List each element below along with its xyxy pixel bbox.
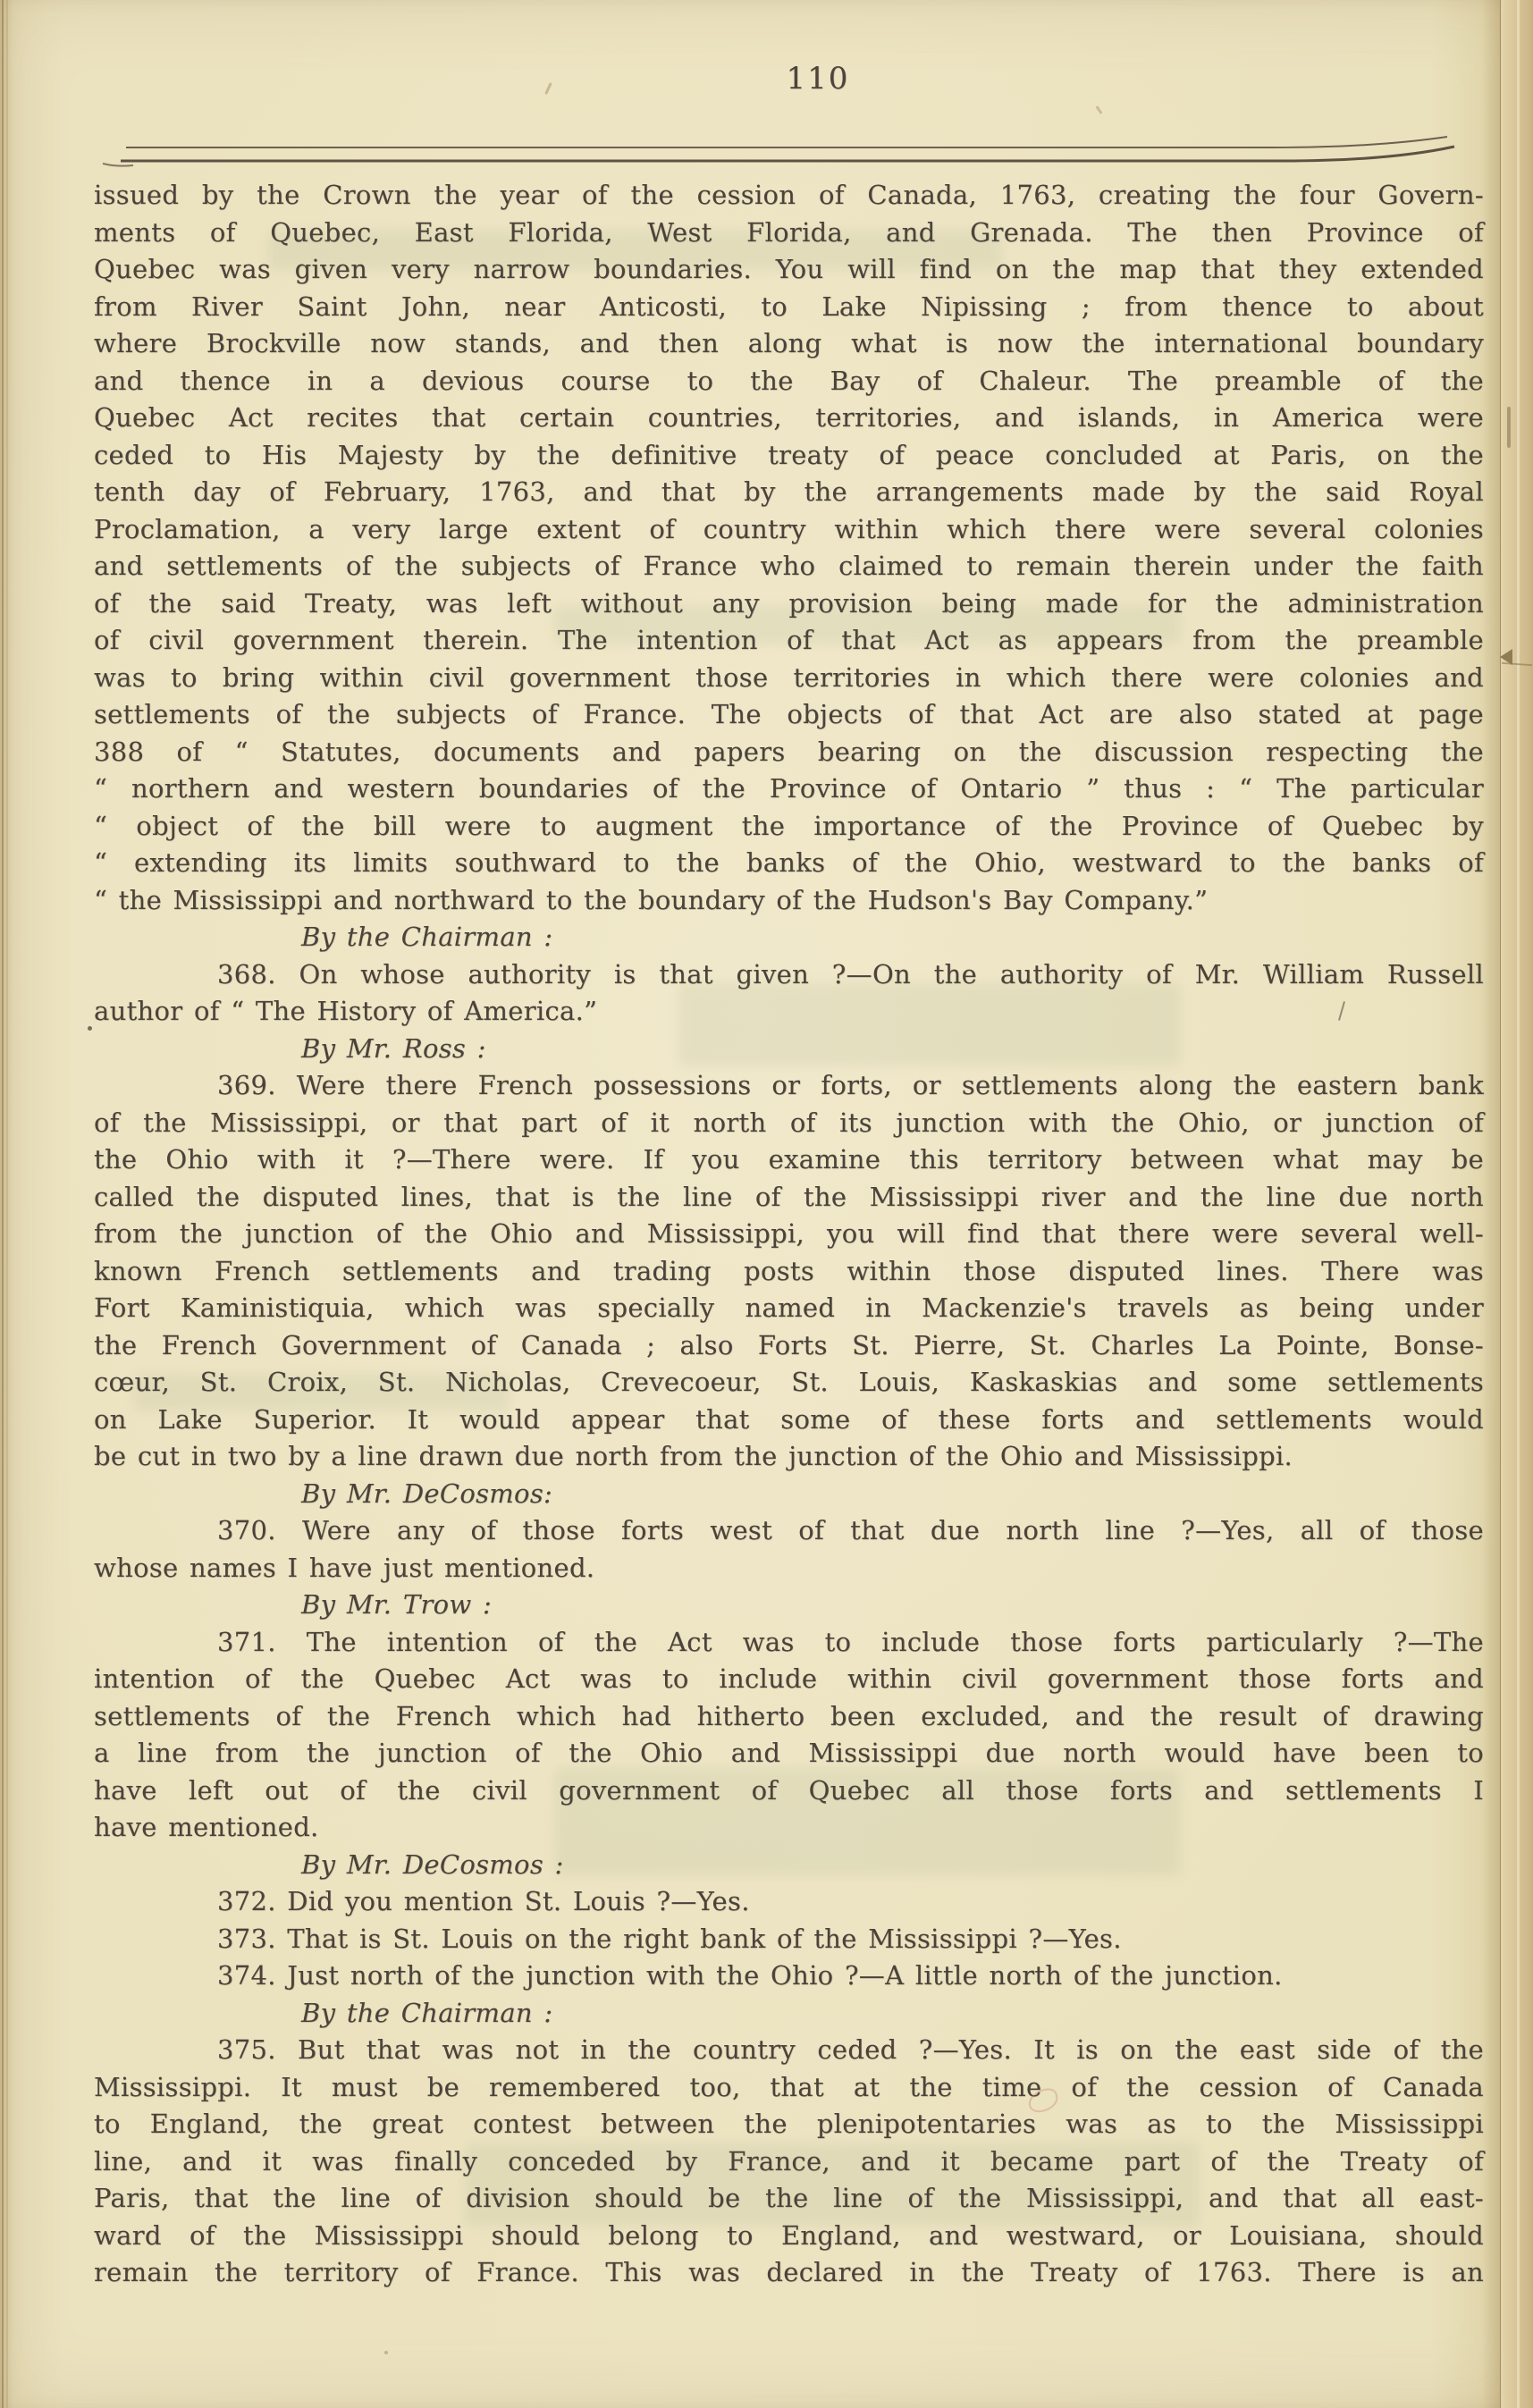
text-line: author of “ The History of America.” (94, 993, 1484, 1031)
text-line: have left out of the civil government of… (94, 1772, 1484, 1810)
text-line: “ northern and western boundaries of the… (94, 770, 1484, 808)
question-paragraph: 374. Just north of the junction with the… (94, 1958, 1484, 1995)
text-line: 368. On whose authority is that given ?—… (94, 956, 1484, 994)
text-column: issued by the Crown the year of the cess… (94, 177, 1484, 2292)
question-paragraph: 371. The intention of the Act was to inc… (94, 1624, 1484, 1847)
text-line: of civil government therein. The intenti… (94, 622, 1484, 660)
question-paragraph: 372. Did you mention St. Louis ?—Yes. (94, 1883, 1484, 1921)
paper-fibre (544, 82, 552, 95)
question-paragraph: 373. That is St. Louis on the right bank… (94, 1921, 1484, 1958)
question-paragraph: 369. Were there French possessions or fo… (94, 1067, 1484, 1476)
scanned-page: 110 issued by the Crown the year of the … (0, 0, 1533, 2408)
text-line: called the disputed lines, that is the l… (94, 1179, 1484, 1217)
speaker-heading: By Mr. Trow : (94, 1587, 1484, 1624)
text-line: remain the territory of France. This was… (94, 2254, 1484, 2292)
text-line: 370. Were any of those forts west of tha… (94, 1512, 1484, 1550)
text-line: the French Government of Canada ; also F… (94, 1327, 1484, 1365)
text-line: known French settlements and trading pos… (94, 1253, 1484, 1291)
text-line: settlements of the subjects of France. T… (94, 696, 1484, 734)
text-line: 369. Were there French possessions or fo… (94, 1067, 1484, 1105)
text-line: from the junction of the Ohio and Missis… (94, 1216, 1484, 1253)
text-line: 374. Just north of the junction with the… (94, 1958, 1484, 1995)
text-line: ments of Quebec, East Florida, West Flor… (94, 215, 1484, 252)
text-line: settlements of the French which had hith… (94, 1698, 1484, 1736)
text-line: 373. That is St. Louis on the right bank… (94, 1921, 1484, 1958)
text-line: “ extending its limits southward to the … (94, 845, 1484, 882)
text-line: ceded to His Majesty by the definitive t… (94, 437, 1484, 475)
text-line: line, and it was finally conceded by Fra… (94, 2143, 1484, 2181)
text-line: of the Mississippi, or that part of it n… (94, 1105, 1484, 1142)
text-line: cœur, St. Croix, St. Nicholas, Crevecoeu… (94, 1364, 1484, 1402)
text-line: and settlements of the subjects of Franc… (94, 548, 1484, 585)
text-line: the Ohio with it ?—There were. If you ex… (94, 1141, 1484, 1179)
edge-mark (1507, 407, 1511, 448)
text-line: of the said Treaty, was left without any… (94, 585, 1484, 623)
text-line: 372. Did you mention St. Louis ?—Yes. (94, 1883, 1484, 1921)
text-line: “ object of the bill were to augment the… (94, 808, 1484, 846)
text-line: tenth day of February, 1763, and that by… (94, 474, 1484, 511)
speaker-heading: By Mr. Ross : (94, 1031, 1484, 1068)
text-line: “ the Mississippi and northward to the b… (94, 882, 1484, 920)
text-line: from River Saint John, near Anticosti, t… (94, 289, 1484, 326)
paper-fibre (384, 2351, 388, 2354)
text-line: and thence in a devious course to the Ba… (94, 363, 1484, 400)
question-paragraph: 375. But that was not in the country ced… (94, 2032, 1484, 2292)
text-line: 388 of “ Statutes, documents and papers … (94, 734, 1484, 771)
text-line: ward of the Mississippi should belong to… (94, 2218, 1484, 2255)
page-edge-highlight (1517, 0, 1520, 2408)
question-paragraph: 370. Were any of those forts west of tha… (94, 1512, 1484, 1587)
page-number: 110 (755, 61, 880, 97)
text-line: have mentioned. (94, 1809, 1484, 1847)
text-line: issued by the Crown the year of the cess… (94, 177, 1484, 215)
text-line: be cut in two by a line drawn due north … (94, 1438, 1484, 1476)
right-edge-shadow (1482, 0, 1500, 2408)
left-page-crease (2, 0, 4, 2408)
text-line: whose names I have just mentioned. (94, 1550, 1484, 1587)
paper-fibre (1095, 105, 1102, 114)
body-paragraph: issued by the Crown the year of the cess… (94, 177, 1484, 919)
ink-speck (88, 1026, 92, 1031)
speaker-heading: By Mr. DeCosmos : (94, 1847, 1484, 1884)
text-line: 375. But that was not in the country ced… (94, 2032, 1484, 2069)
text-line: where Brockville now stands, and then al… (94, 325, 1484, 363)
text-line: Proclamation, a very large extent of cou… (94, 511, 1484, 549)
header-rule (94, 136, 1484, 175)
text-line: Paris, that the line of division should … (94, 2180, 1484, 2218)
text-line: 371. The intention of the Act was to inc… (94, 1624, 1484, 1662)
text-line: was to bring within civil government tho… (94, 660, 1484, 697)
question-paragraph: 368. On whose authority is that given ?—… (94, 956, 1484, 1031)
text-line: Quebec Act recites that certain countrie… (94, 400, 1484, 437)
speaker-heading: By the Chairman : (94, 1995, 1484, 2033)
text-line: on Lake Superior. It would appear that s… (94, 1402, 1484, 1439)
left-page-crease-light (6, 0, 8, 2408)
speaker-heading: By Mr. DeCosmos: (94, 1476, 1484, 1513)
text-line: Quebec was given very narrow boundaries.… (94, 251, 1484, 289)
text-line: to England, the great contest between th… (94, 2106, 1484, 2143)
text-line: Fort Kaministiquia, which was specially … (94, 1290, 1484, 1327)
text-line: a line from the junction of the Ohio and… (94, 1735, 1484, 1772)
speaker-heading: By the Chairman : (94, 919, 1484, 956)
text-line: Mississippi. It must be remembered too, … (94, 2069, 1484, 2107)
text-line: intention of the Quebec Act was to inclu… (94, 1661, 1484, 1698)
